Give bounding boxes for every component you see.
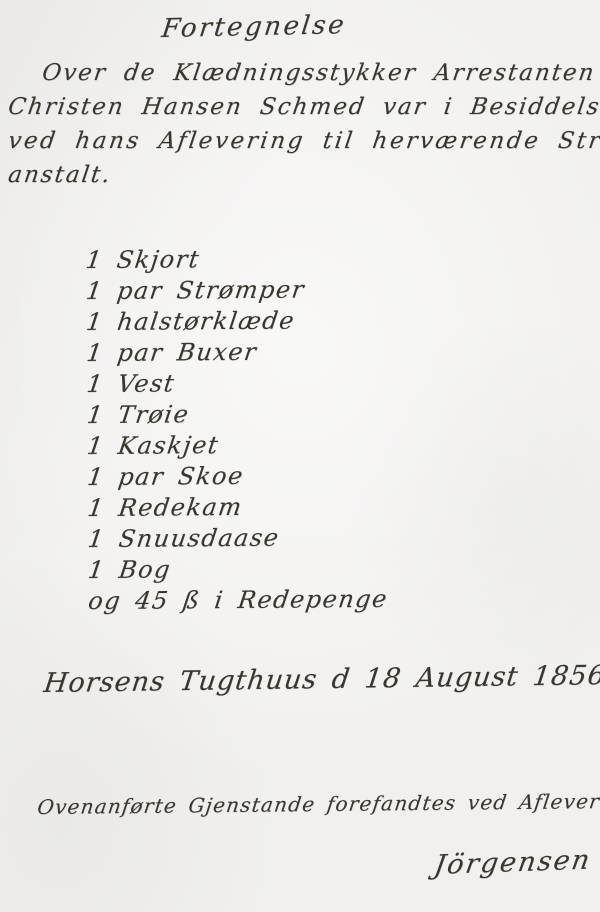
inventory-item: 1 Redekam	[86, 491, 390, 524]
place-date-line: Horsens Tugthuus d 18 August 1856.	[42, 660, 600, 699]
inventory-item: 1 par Buxer	[85, 336, 389, 369]
intro-line-1: Over de Klædningsstykker Arrestanten	[6, 56, 600, 90]
intro-line-4: anstalt.	[6, 158, 600, 192]
scanned-document-page: Fortegnelse Over de Klædningsstykker Arr…	[0, 0, 600, 912]
signature: Jörgensen	[432, 845, 594, 881]
intro-line-2: Christen Hansen Schmed var i Besiddelse …	[6, 90, 600, 124]
inventory-item: 1 Trøie	[85, 398, 389, 431]
inventory-item: 1 Bog	[86, 553, 390, 586]
inventory-list: 1 Skjort 1 par Strømper 1 halstørklæde 1…	[84, 243, 386, 617]
inventory-item: 1 par Skoe	[85, 460, 389, 493]
inventory-item: 1 Skjort	[84, 243, 388, 276]
inventory-item: 1 Snuusdaase	[86, 522, 390, 555]
intro-line-3: ved hans Aflevering til herværende Straf…	[6, 124, 600, 158]
inventory-item: 1 Vest	[85, 367, 389, 400]
intro-paragraph: Over de Klædningsstykker Arrestanten Chr…	[6, 56, 600, 192]
inventory-item-cash: og 45 ß i Redepenge	[86, 584, 390, 617]
document-title: Fortegnelse	[160, 10, 348, 44]
inventory-item: 1 par Strømper	[84, 274, 388, 307]
attestation-line: Ovenanførte Gjenstande forefandtes ved A…	[36, 788, 600, 819]
inventory-item: 1 halstørklæde	[84, 305, 388, 338]
inventory-item: 1 Kaskjet	[85, 429, 389, 462]
